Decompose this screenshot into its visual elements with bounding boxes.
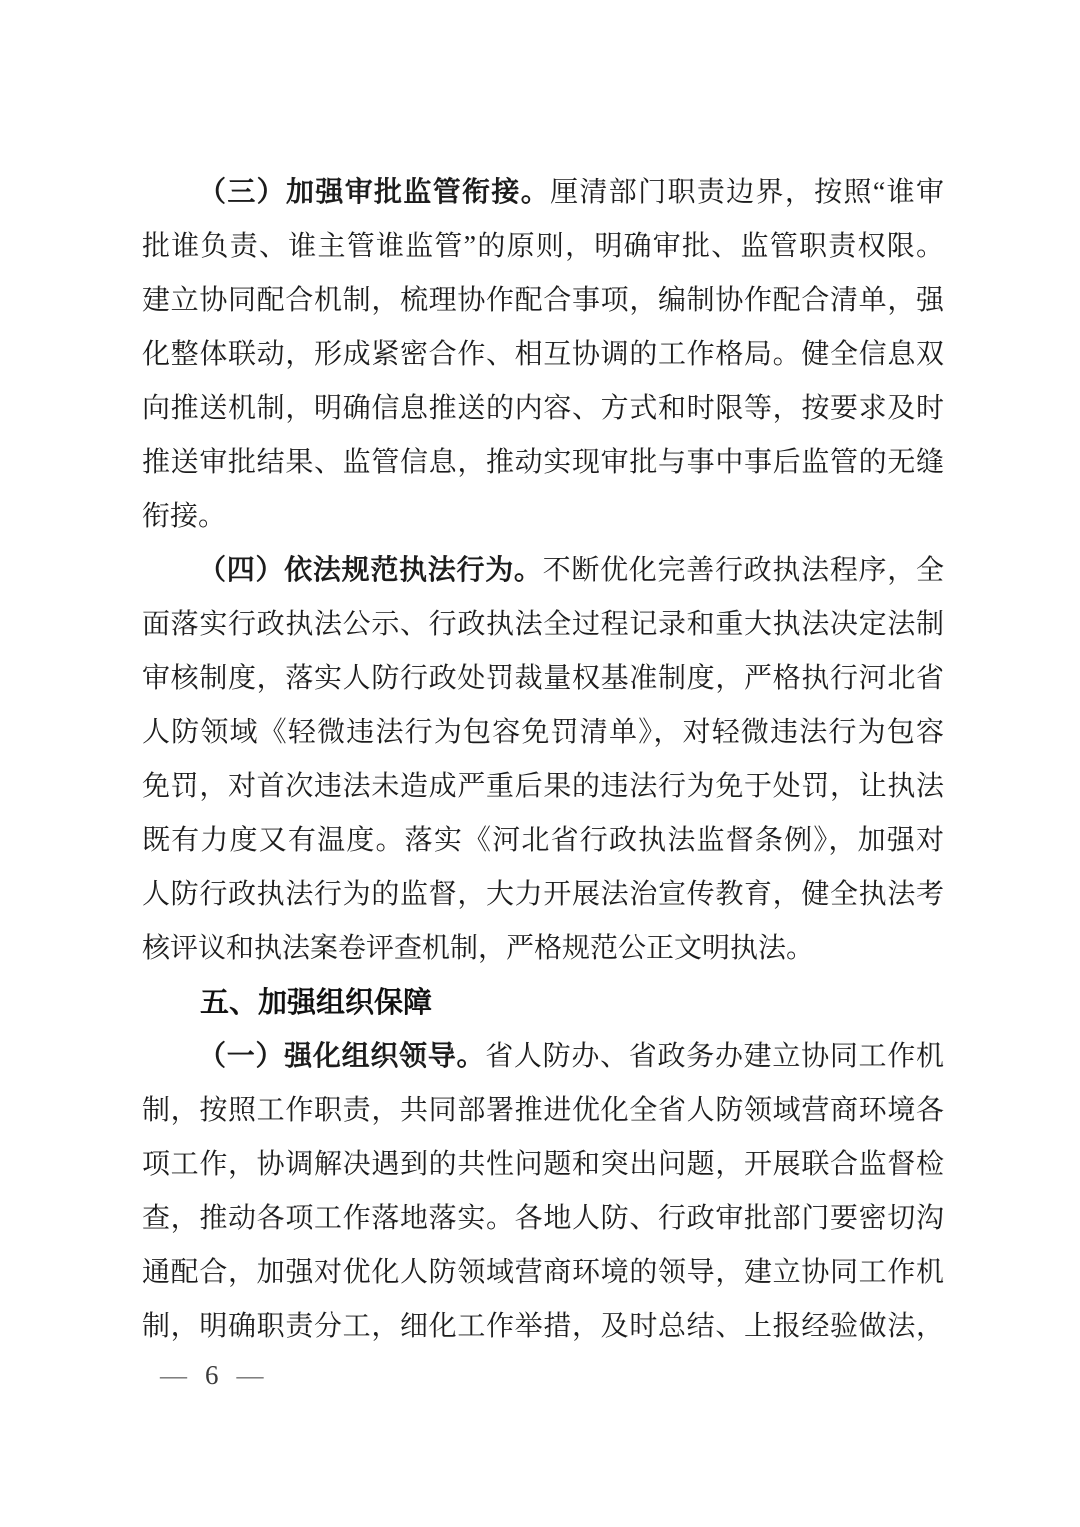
text-line: 通配合，加强对优化人防领域营商环境的领导，建立协同工作机 xyxy=(142,1246,944,1300)
text-line: （一）强化组织领导。省人防办、省政务办建立协同工作机 xyxy=(142,1030,944,1084)
paragraph-lead: （一）强化组织领导。 xyxy=(198,1041,485,1072)
text-line: 批谁负责、谁主管谁监管”的原则，明确审批、监管职责权限。 xyxy=(142,220,944,274)
text-line: 推送审批结果、监管信息，推动实现审批与事中事后监管的无缝 xyxy=(142,436,944,490)
text-line: 核评议和执法案卷评查机制，严格规范公正文明执法。 xyxy=(142,922,944,976)
section-heading: 五、加强组织保障 xyxy=(142,976,944,1030)
text-line: 面落实行政执法公示、行政执法全过程记录和重大执法决定法制 xyxy=(142,598,944,652)
text-line: 建立协同配合机制，梳理协作配合事项，编制协作配合清单，强 xyxy=(142,274,944,328)
text-line: 免罚，对首次违法未造成严重后果的违法行为免于处罚，让执法 xyxy=(142,760,944,814)
paragraph-lead: （三）加强审批监管衔接。 xyxy=(198,177,550,208)
text-line: 化整体联动，形成紧密合作、相互协调的工作格局。健全信息双 xyxy=(142,328,944,382)
paragraph-lead: （四）依法规范执法行为。 xyxy=(198,555,543,586)
page-number: 6 xyxy=(205,1360,219,1390)
text-line: 制，明确职责分工，细化工作举措，及时总结、上报经验做法， xyxy=(142,1300,944,1354)
footer-right-dash: — xyxy=(237,1360,264,1390)
text-line: 项工作，协调解决遇到的共性问题和突出问题，开展联合监督检 xyxy=(142,1138,944,1192)
text-line: 既有力度又有温度。落实《河北省行政执法监督条例》，加强对 xyxy=(142,814,944,868)
text-line: （四）依法规范执法行为。不断优化完善行政执法程序，全 xyxy=(142,544,944,598)
text-line: 向推送机制，明确信息推送的内容、方式和时限等，按要求及时 xyxy=(142,382,944,436)
text-line: （三）加强审批监管衔接。厘清部门职责边界，按照“谁审 xyxy=(142,166,944,220)
text-line: 查，推动各项工作落地落实。各地人防、行政审批部门要密切沟 xyxy=(142,1192,944,1246)
page-footer: —6— xyxy=(160,1358,264,1392)
text-line: 审核制度，落实人防行政处罚裁量权基准制度，严格执行河北省 xyxy=(142,652,944,706)
paragraph: （三）加强审批监管衔接。厘清部门职责边界，按照“谁审批谁负责、谁主管谁监管”的原… xyxy=(142,166,944,544)
paragraph: （一）强化组织领导。省人防办、省政务办建立协同工作机制，按照工作职责，共同部署推… xyxy=(142,1030,944,1354)
document-page: （三）加强审批监管衔接。厘清部门职责边界，按照“谁审批谁负责、谁主管谁监管”的原… xyxy=(0,0,1080,1527)
paragraph: （四）依法规范执法行为。不断优化完善行政执法程序，全面落实行政执法公示、行政执法… xyxy=(142,544,944,976)
text-line: 人防行政执法行为的监督，大力开展法治宣传教育，健全执法考 xyxy=(142,868,944,922)
text-line: 制，按照工作职责，共同部署推进优化全省人防领域营商环境各 xyxy=(142,1084,944,1138)
text-line: 衔接。 xyxy=(142,490,944,544)
text-line: 人防领域《轻微违法行为包容免罚清单》，对轻微违法行为包容 xyxy=(142,706,944,760)
document-body: （三）加强审批监管衔接。厘清部门职责边界，按照“谁审批谁负责、谁主管谁监管”的原… xyxy=(142,166,944,1354)
footer-left-dash: — xyxy=(160,1360,187,1390)
